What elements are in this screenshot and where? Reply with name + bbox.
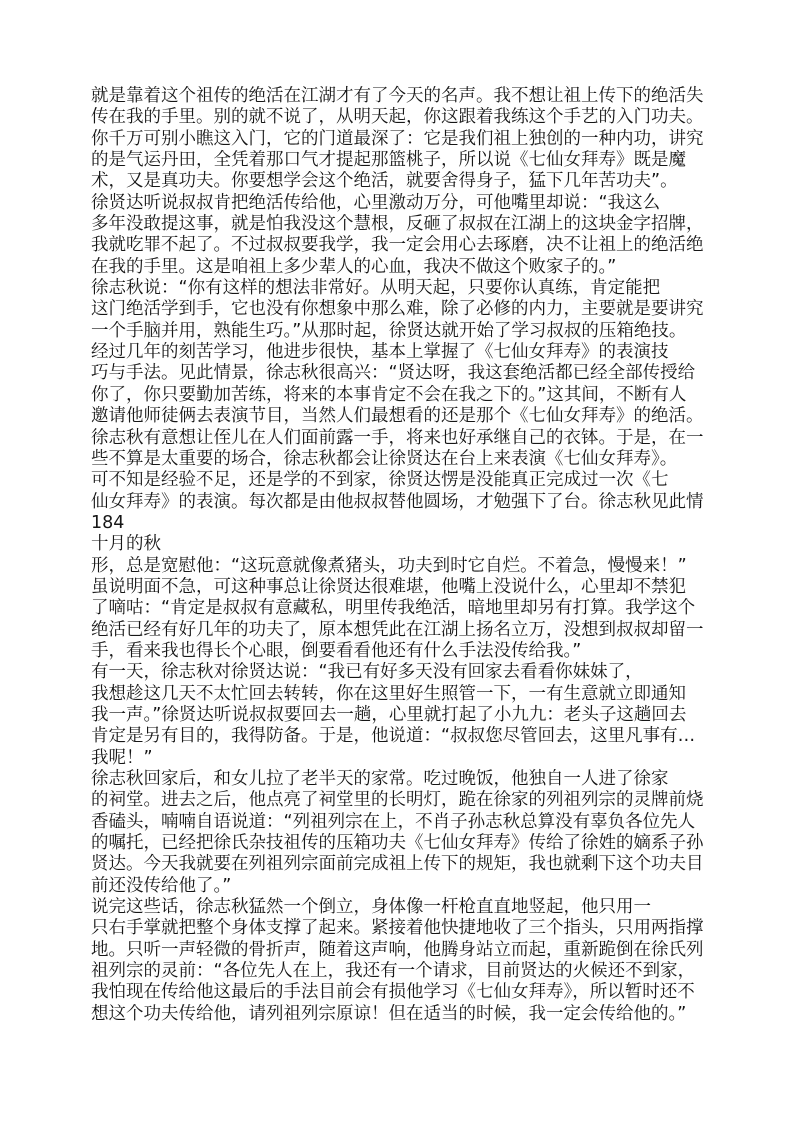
text-line: 一个手脑并用，熟能生巧。”从那时起，徐贤达就开始了学习叔叔的压箱绝技。 — [91, 321, 731, 342]
text-line: 了嘀咕：“肯定是叔叔有意藏私，明里传我绝活，暗地里却另有打算。我学这个 — [91, 598, 731, 619]
text-line: 的嘱托，已经把徐氏杂技祖传的压箱功夫《七仙女拜寿》传给了徐姓的嫡系子孙 — [91, 833, 731, 854]
text-line: 说完这些话，徐志秋猛然一个倒立，身体像一杆枪直直地竖起，他只用一 — [91, 897, 731, 918]
text-line: 形，总是宽慰他：“这玩意就像煮猪头，功夫到时它自烂。不着急，慢慢来！” — [91, 556, 731, 577]
text-line: 我怕现在传给他这最后的手法目前会有损他学习《七仙女拜寿》，所以暂时还不 — [91, 982, 731, 1003]
text-line: 徐志秋说：“你有这样的想法非常好。从明天起，只要你认真练，肯定能把 — [91, 278, 731, 299]
text-line: 些不算是太重要的场合，徐志秋都会让徐贤达在台上来表演《七仙女拜寿》。 — [91, 449, 731, 470]
text-line: 只右手掌就把整个身体支撑了起来。紧接着他快捷地收了三个指头，只用两指撑 — [91, 918, 731, 939]
text-line: 你千万可别小瞧这入门，它的门道最深了：它是我们祖上独创的一种内功，讲究 — [91, 129, 731, 150]
text-line: 巧与手法。见此情景，徐志秋很高兴：“贤达呀，我这套绝活都已经全部传授给 — [91, 363, 731, 384]
text-line: 祖列宗的灵前：“各位先人在上，我还有一个请求，目前贤达的火候还不到家， — [91, 961, 731, 982]
text-line: 的祠堂。进去之后，他点亮了祠堂里的长明灯，跪在徐家的列祖列宗的灵牌前烧 — [91, 790, 731, 811]
text-line: 香磕头，喃喃自语说道：“列祖列宗在上，不肖子孙志秋总算没有辜负各位先人 — [91, 812, 731, 833]
text-line: 传在我的手里。别的就不说了，从明天起，你这跟着我练这个手艺的入门功夫。 — [91, 107, 731, 128]
text-line: 虽说明面不急，可这种事总让徐贤达很难堪，他嘴上没说什么，心里却不禁犯 — [91, 577, 731, 598]
text-line: 前还没传给他了。” — [91, 876, 731, 897]
text-line: 想这个功夫传给他，请列祖列宗原谅！但在适当的时候，我一定会传给他的。” — [91, 1004, 731, 1025]
text-line: 贤达。今天我就要在列祖列宗面前完成祖上传下的规矩，我也就剩下这个功夫目 — [91, 854, 731, 875]
text-line: 你了，你只要勤加苦练，将来的本事肯定不会在我之下的。”这其间，不断有人 — [91, 385, 731, 406]
text-line: 在我的手里。这是咱祖上多少辈人的心血，我决不做这个败家子的。” — [91, 257, 731, 278]
text-line: 肯定是另有目的，我得防备。于是，他说道：“叔叔您尽管回去，这里凡事有… — [91, 726, 731, 747]
text-line: 我就吃罪不起了。不过叔叔要我学，我一定会用心去琢磨，决不让祖上的绝活绝 — [91, 235, 731, 256]
text-line: 的是气运丹田，全凭着那口气才提起那篮桃子，所以说《七仙女拜寿》既是魔 — [91, 150, 731, 171]
text-line: 这门绝活学到手，它也没有你想象中那么难，除了必修的内力，主要就是要讲究 — [91, 299, 731, 320]
book-title: 十月的秋 — [91, 534, 731, 555]
text-line: 我一声。”徐贤达听说叔叔要回去一趟，心里就打起了小九九：老头子这趟回去 — [91, 705, 731, 726]
text-line: 仙女拜寿》的表演。每次都是由他叔叔替他圆场，才勉强下了台。徐志秋见此情 — [91, 492, 731, 513]
text-line: 徐志秋回家后，和女儿拉了老半天的家常。吃过晚饭，他独自一人进了徐家 — [91, 769, 731, 790]
page-number: 184 — [91, 513, 731, 534]
text-line: 手，看来我也得长个心眼，倒要看看他还有什么手法没传给我。” — [91, 641, 731, 662]
text-line: 术，又是真功夫。你要想学会这个绝活，就要舍得身子，猛下几年苦功夫”。 — [91, 171, 731, 192]
text-line: 绝活已经有好几年的功夫了，原本想凭此在江湖上扬名立万，没想到叔叔却留一 — [91, 620, 731, 641]
text-line: 多年没敢提这事，就是怕我没这个慧根，反砸了叔叔在江湖上的这块金字招牌， — [91, 214, 731, 235]
text-line: 可不知是经验不足，还是学的不到家，徐贤达愣是没能真正完成过一次《七 — [91, 470, 731, 491]
text-line: 有一天，徐志秋对徐贤达说：“我已有好多天没有回家去看看你妹妹了， — [91, 662, 731, 683]
body-text: 就是靠着这个祖传的绝活在江湖才有了今天的名声。我不想让祖上传下的绝活失传在我的手… — [91, 86, 731, 1025]
text-line: 我想趁这几天不太忙回去转转，你在这里好生照管一下，一有生意就立即通知 — [91, 684, 731, 705]
text-line: 徐贤达听说叔叔肯把绝活传给他，心里激动万分，可他嘴里却说：“我这么 — [91, 193, 731, 214]
text-line: 就是靠着这个祖传的绝活在江湖才有了今天的名声。我不想让祖上传下的绝活失 — [91, 86, 731, 107]
text-line: 经过几年的刻苦学习，他进步很快，基本上掌握了《七仙女拜寿》的表演技 — [91, 342, 731, 363]
text-line: 邀请他师徒俩去表演节目，当然人们最想看的还是那个《七仙女拜寿》的绝活。 — [91, 406, 731, 427]
text-line: 地。只听一声轻微的骨折声，随着这声响，他腾身站立而起，重新跪倒在徐氏列 — [91, 940, 731, 961]
text-line: 徐志秋有意想让侄儿在人们面前露一手，将来也好承继自己的衣钵。于是，在一 — [91, 428, 731, 449]
text-line: 我呢！” — [91, 748, 731, 769]
document-page: 就是靠着这个祖传的绝活在江湖才有了今天的名声。我不想让祖上传下的绝活失传在我的手… — [0, 0, 793, 1122]
